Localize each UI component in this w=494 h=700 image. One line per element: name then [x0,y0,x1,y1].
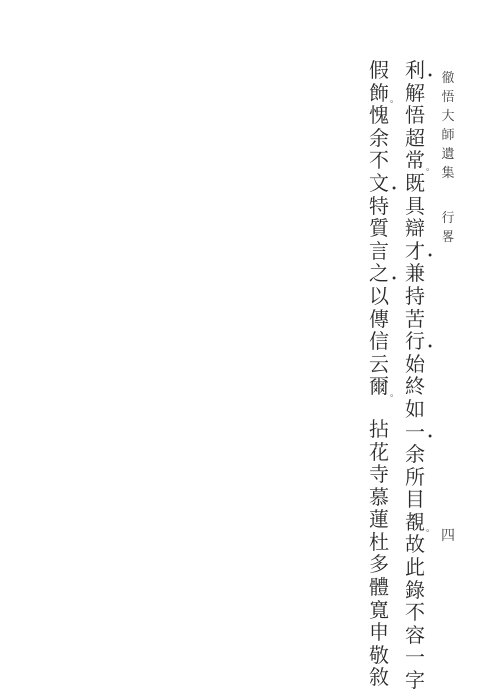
text-char: 覩。 [404,512,426,535]
signature-char: 花 [368,442,390,465]
text-char: 具 [404,196,426,219]
header-title-char: 師 [437,129,459,148]
text-char: 余 [368,128,390,151]
text-char: 超 [404,128,426,151]
page-number: 四 [437,525,459,545]
signature-char: 杜 [368,532,390,555]
signature-char: 寬 [368,600,390,623]
signature-char: 敬 [368,645,390,668]
text-char: 文• [368,173,390,196]
emphasis-dot-mark: • [427,433,433,443]
header-section-char: 畧 [437,231,459,250]
punctuation-circle-mark: 。 [390,96,399,105]
text-char: 特 [368,196,390,219]
text-char: 苦 [404,309,426,332]
text-char: 言 [368,241,390,264]
text-char: 云 [368,354,390,377]
text-char: 悟 [404,105,426,128]
signature-char: 寺 [368,464,390,487]
text-char: 終 [404,376,426,399]
emphasis-dot-mark: • [391,275,397,285]
text-char: 兼 [404,263,426,286]
header-title-char: 悟 [437,91,459,110]
text-char: 一• [404,422,426,445]
text-char: 才• [404,241,426,264]
text-char: 目 [404,489,426,512]
text-char: 飾。 [368,83,390,106]
signature-char: 拈 [368,419,390,442]
punctuation-circle-mark: 。 [426,525,435,534]
text-char: 一 [404,647,426,670]
text-char: 假 [368,60,390,83]
punctuation-circle-mark: 。 [426,164,435,173]
emphasis-dot-mark: • [427,343,433,353]
signature-char: 體 [368,577,390,600]
text-char: 此 [404,557,426,580]
text-char: 行• [404,331,426,354]
text-column-2: 假飾。愧余不文•特質言之•以傳信云爾。拈花寺慕蓮杜多體寬申敬敘 [368,60,390,690]
text-char: 爾。 [368,376,390,399]
text-char: 信 [368,331,390,354]
text-char: 傳 [368,309,390,332]
signature-char: 慕 [368,487,390,510]
signature-char: 敘 [368,667,390,690]
text-char: 辯 [404,218,426,241]
emphasis-dot-mark: • [427,72,433,82]
text-char: 愧 [368,105,390,128]
text-char: 所 [404,467,426,490]
text-char: 始 [404,354,426,377]
text-char: 不 [368,150,390,173]
text-char: 容 [404,625,426,648]
text-char: 以 [368,286,390,309]
header-title-char: 大 [437,110,459,129]
text-char: 不 [404,602,426,625]
header-title-char: 集 [437,167,459,186]
header-title-char: 徹 [437,72,459,91]
signature-char: 申 [368,622,390,645]
text-char: 持 [404,286,426,309]
header-section-char: 行 [437,212,459,231]
text-char: 利• [404,60,426,83]
text-char: 余 [404,444,426,467]
signature-char: 多 [368,554,390,577]
text-char: 字 [404,670,426,693]
running-header: 徹悟大師遺集行畧 [437,72,459,250]
signature-char: 蓮 [368,509,390,532]
text-char: 故 [404,534,426,557]
text-char: 既 [404,173,426,196]
text-char: 解 [404,83,426,106]
text-column-1: 利•解悟超常。既具辯才•兼持苦行•始終如一•余所目覩。故此錄不容一字 [404,60,426,693]
emphasis-dot-mark: • [427,252,433,262]
text-char: 之• [368,263,390,286]
header-title-char: 遺 [437,148,459,167]
text-char: 錄 [404,580,426,603]
text-char: 如 [404,399,426,422]
punctuation-circle-mark: 。 [390,390,399,399]
text-char: 質 [368,218,390,241]
emphasis-dot-mark: • [391,185,397,195]
text-char: 常。 [404,150,426,173]
